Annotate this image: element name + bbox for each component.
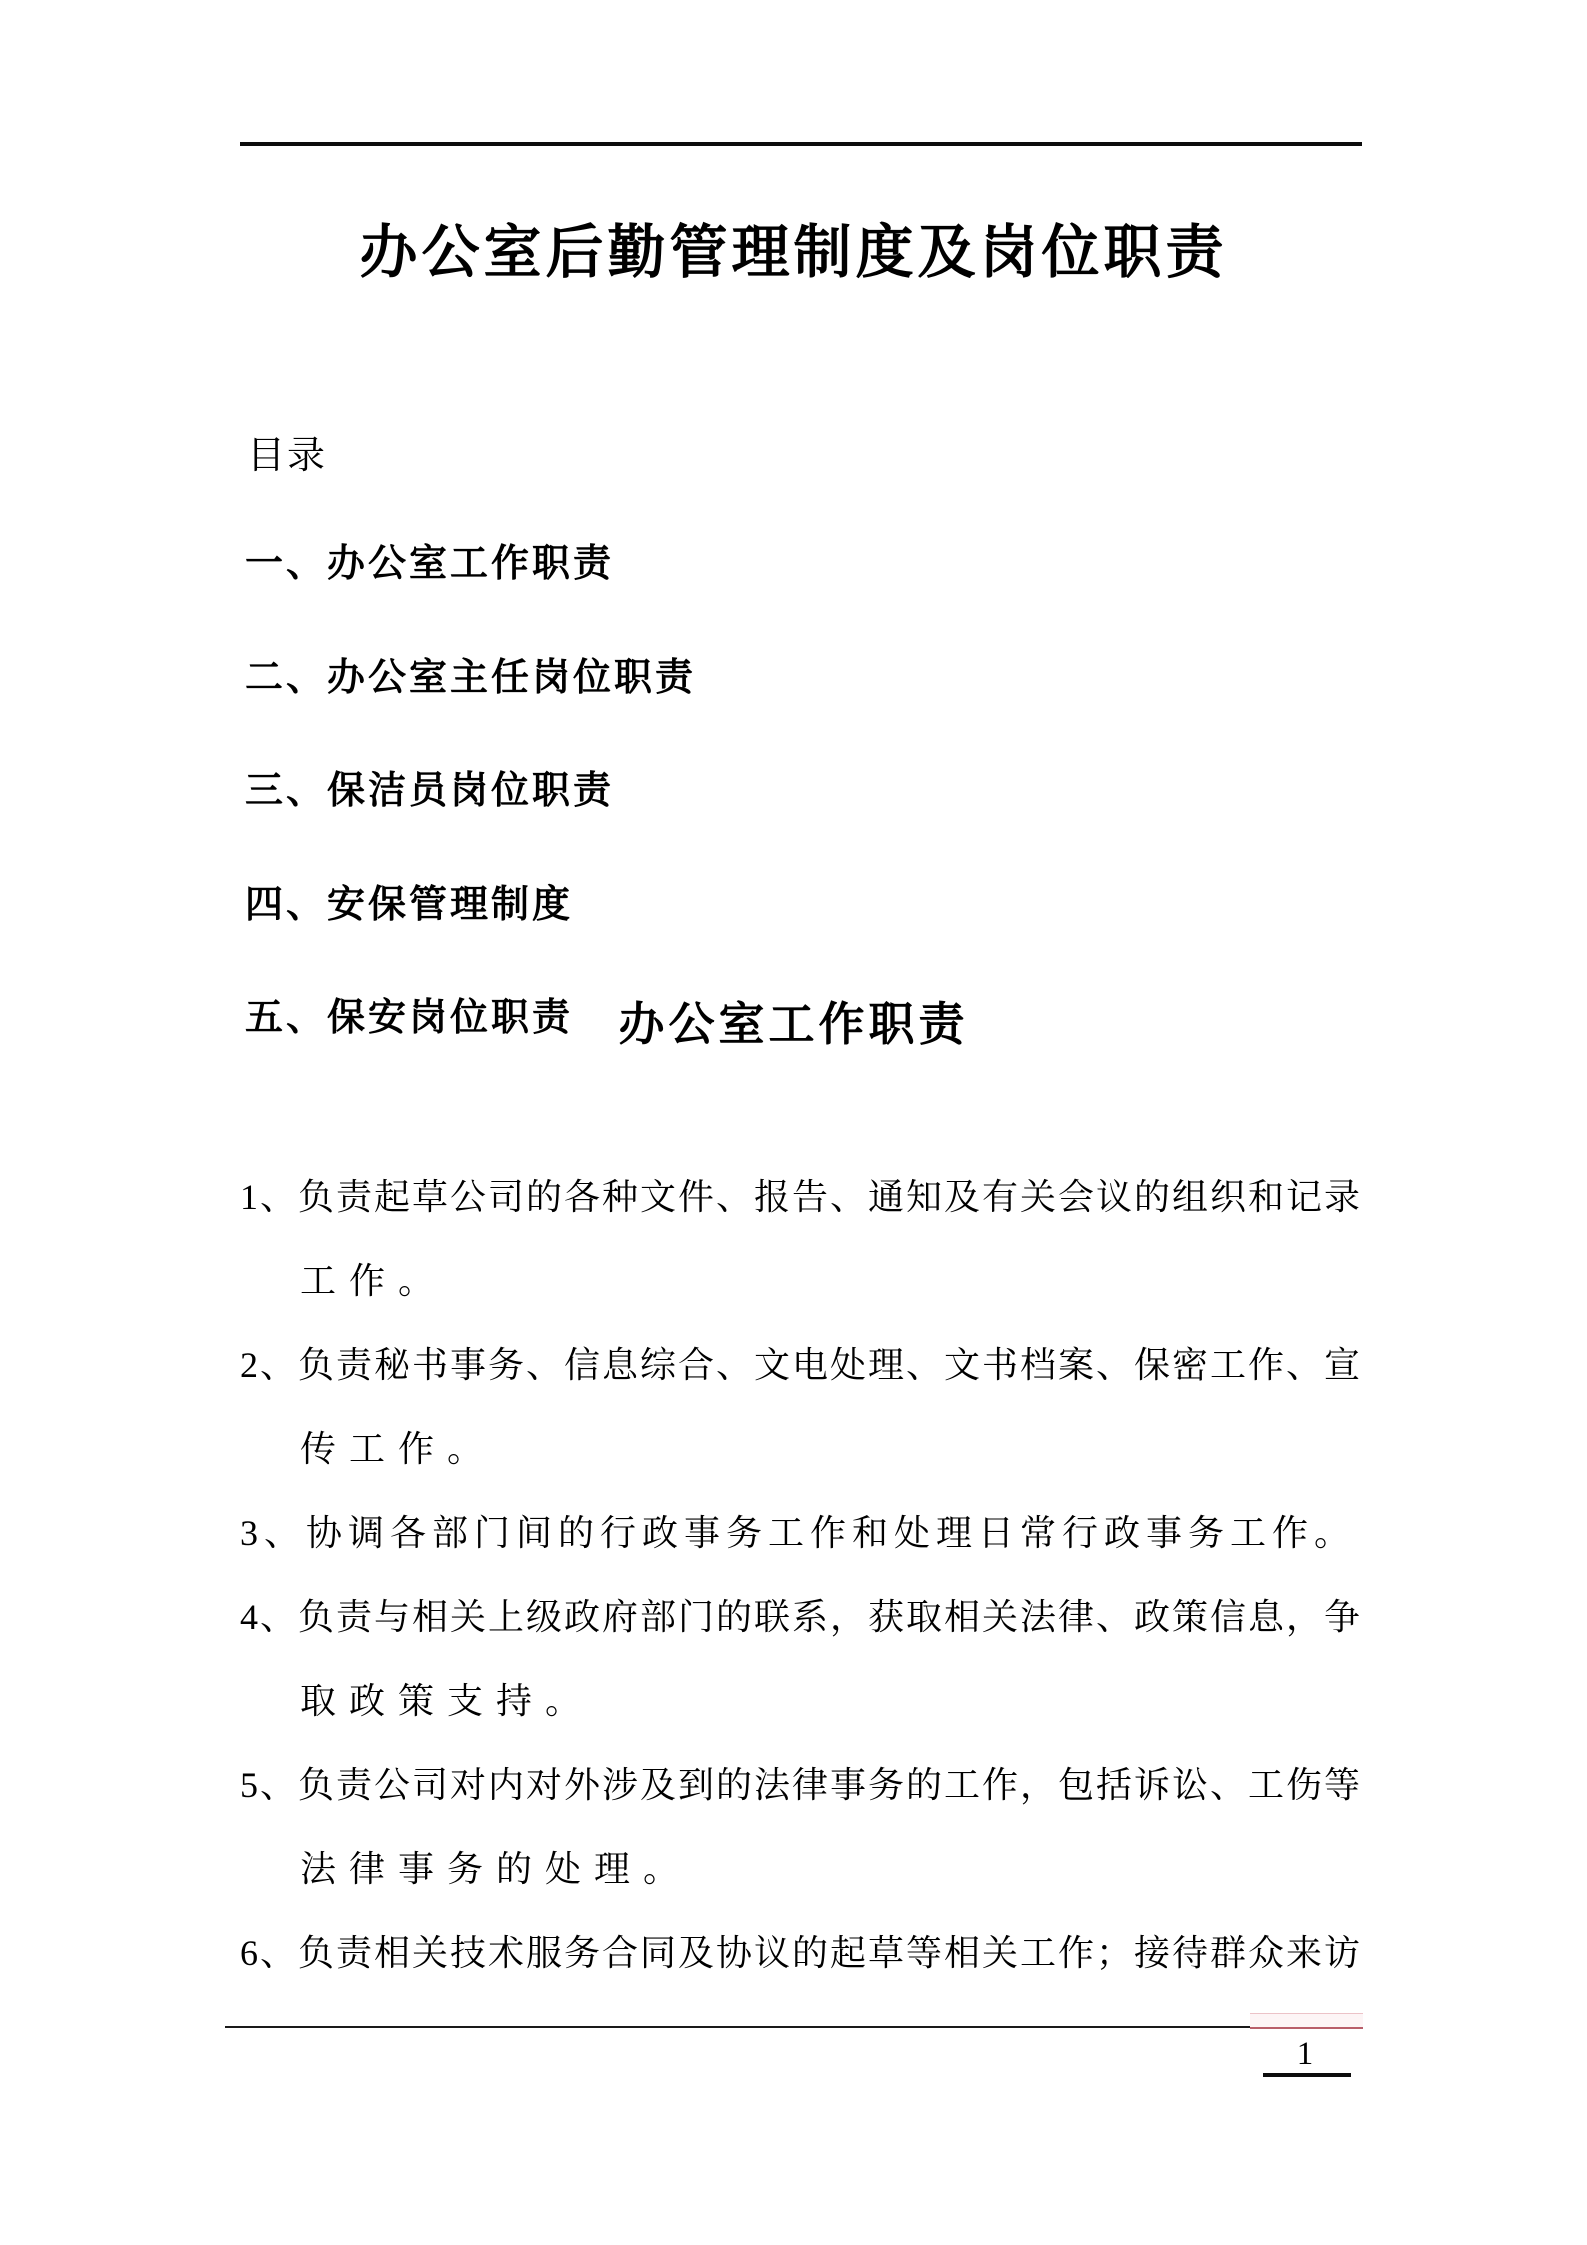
toc-item-2: 二、办公室主任岗位职责	[245, 655, 696, 701]
section-heading: 办公室工作职责	[0, 997, 1587, 1051]
body-line: 传工作。	[300, 1427, 1362, 1471]
body-line: 4、负责与相关上级政府部门的联系，获取相关法律、政策信息，争	[240, 1595, 1362, 1639]
toc-item-1: 一、办公室工作职责	[245, 541, 614, 587]
document-page: 办公室后勤管理制度及岗位职责 目录 一、办公室工作职责 二、办公室主任岗位职责 …	[0, 0, 1587, 2245]
body-line: 法律事务的处理。	[300, 1847, 1362, 1891]
body-line: 5、负责公司对内对外涉及到的法律事务的工作，包括诉讼、工伤等	[240, 1763, 1362, 1807]
footer-rule	[225, 2026, 1250, 2028]
body-line: 2、负责秘书事务、信息综合、文电处理、文书档案、保密工作、宣	[240, 1343, 1362, 1387]
body-line: 取政策支持。	[300, 1679, 1362, 1723]
toc-item-3: 三、保洁员岗位职责	[245, 768, 614, 814]
page-number-rule	[1263, 2073, 1351, 2077]
body-line: 1、负责起草公司的各种文件、报告、通知及有关会议的组织和记录	[240, 1175, 1362, 1219]
document-title: 办公室后勤管理制度及岗位职责	[0, 218, 1587, 288]
page-number: 1	[1255, 2036, 1355, 2072]
body-line: 6、负责相关技术服务合同及协议的起草等相关工作；接待群众来访	[240, 1931, 1362, 1975]
toc-label: 目录	[247, 434, 327, 478]
header-rule	[240, 142, 1362, 146]
footer-highlight-box	[1250, 2013, 1363, 2029]
toc-item-4: 四、安保管理制度	[245, 882, 573, 928]
body-line: 3、协调各部门间的行政事务工作和处理日常行政事务工作。	[240, 1511, 1362, 1555]
body-line: 工作。	[300, 1259, 1362, 1303]
